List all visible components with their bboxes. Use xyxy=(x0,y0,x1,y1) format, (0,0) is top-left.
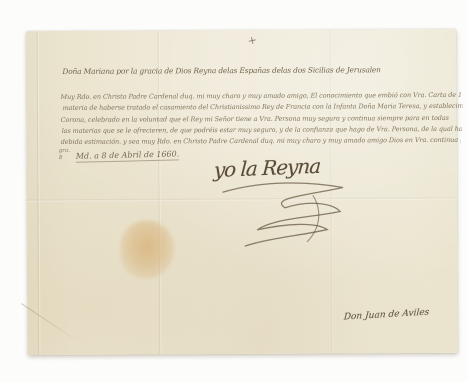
scanned-letter: + Doña Mariana por la gracia de Dios Rey… xyxy=(0,0,468,382)
letter-body: Muy Rdo. en Christo Padre Cardenal duq. … xyxy=(60,90,460,149)
body-line: las materias que se le ofrecieren, de qu… xyxy=(62,124,462,137)
body-line: debida estimación. y sea muy Rdo. en Chr… xyxy=(61,135,461,148)
marginal-catchword: gra. 8 xyxy=(59,148,75,162)
marginal-numeral: 8 xyxy=(59,155,75,162)
body-line: materia de haberse tratado el casamiento… xyxy=(63,101,463,114)
paper-stain xyxy=(120,220,174,278)
royal-signature: yo la Reyna xyxy=(177,155,357,180)
letter-heading: Doña Mariana por la gracia de Dios Reyna… xyxy=(62,65,380,76)
vertical-fold-line xyxy=(157,30,162,354)
vertical-fold-line xyxy=(36,31,41,355)
invocation-cross: + xyxy=(241,32,263,49)
letter-paper: + Doña Mariana por la gracia de Dios Rey… xyxy=(26,29,458,355)
corner-crease xyxy=(21,303,80,343)
secretary-signature: Don Juan de Aviles xyxy=(343,306,460,323)
dateline: Md. a 8 de Abril de 1660. xyxy=(76,149,180,162)
signature-rubric-flourish xyxy=(215,177,355,250)
